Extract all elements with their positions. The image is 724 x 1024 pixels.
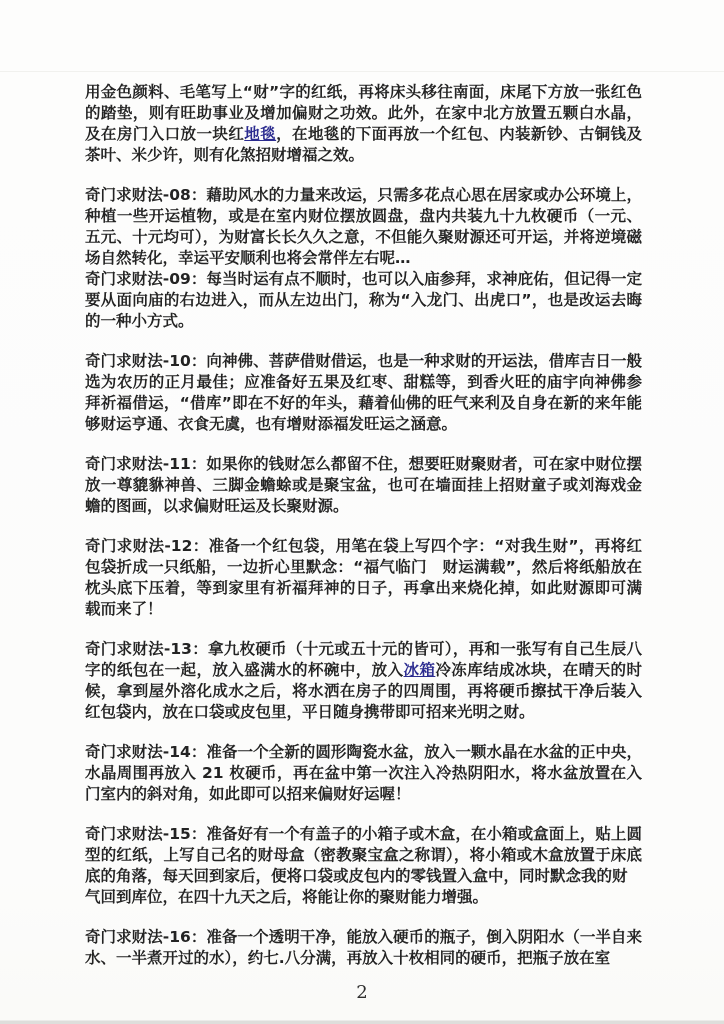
text-segment: 奇门求财法-09：每当时运有点不顺时，也可以入庙参拜，求神庇佑，但记得一定要从面… <box>85 270 642 330</box>
paragraph-method-14: 奇门求财法-14：准备一个全新的圆形陶瓷水盆，放入一颗水晶在水盆的正中央，水晶周… <box>85 742 642 805</box>
inline-link[interactable]: 冰箱 <box>404 661 436 679</box>
text-segment: 奇门求财法-14：准备一个全新的圆形陶瓷水盆，放入一颗水晶在水盆的正中央，水晶周… <box>85 743 642 803</box>
paragraph-method-09: 奇门求财法-09：每当时运有点不顺时，也可以入庙参拜，求神庇佑，但记得一定要从面… <box>85 269 642 332</box>
paragraph-intro-continued: 用金色颜料、毛笔写上“财”字的红纸，再将床头移往南面，床尾下方放一张红色的踏垫，… <box>85 82 642 166</box>
scan-edge <box>0 1020 724 1024</box>
inline-link[interactable]: 地毯 <box>244 125 276 143</box>
text-segment: 奇门求财法-10：向神佛、菩萨借财借运，也是一种求财的开运法，借库吉日一般选为农… <box>85 352 642 433</box>
document-body: 用金色颜料、毛笔写上“财”字的红纸，再将床头移往南面，床尾下方放一张红色的踏垫，… <box>85 82 642 969</box>
text-segment: 奇门求财法-08：藉助风水的力量来改运，只需多花点心思在居家或办公环境上，种植一… <box>85 186 642 267</box>
paragraph-method-13: 奇门求财法-13：拿九枚硬币（十元或五十元的皆可），再和一张写有自己生辰八字的纸… <box>85 639 642 723</box>
text-segment: 奇门求财法-12：准备一个红包袋，用笔在袋上写四个字：“对我生财”，再将红包袋折… <box>85 537 642 618</box>
text-segment: 奇门求财法-15：准备好有一个有盖子的小箱子或木盒，在小箱或盒面上，贴上圆型的红… <box>85 825 642 906</box>
scan-artifact-line <box>0 71 724 72</box>
paragraph-method-08: 奇门求财法-08：藉助风水的力量来改运，只需多花点心思在居家或办公环境上，种植一… <box>85 185 642 269</box>
text-segment: 奇门求财法-11：如果你的钱财怎么都留不住，想要旺财聚财者，可在家中财位摆放一尊… <box>85 455 642 515</box>
paragraph-method-10: 奇门求财法-10：向神佛、菩萨借财借运，也是一种求财的开运法，借库吉日一般选为农… <box>85 351 642 435</box>
text-segment: 奇门求财法-16：准备一个透明干净，能放入硬币的瓶子，倒入阴阳水（一半自来水、一… <box>85 928 642 967</box>
paragraph-method-15: 奇门求财法-15：准备好有一个有盖子的小箱子或木盒，在小箱或盒面上，贴上圆型的红… <box>85 824 642 908</box>
paragraph-method-11: 奇门求财法-11：如果你的钱财怎么都留不住，想要旺财聚财者，可在家中财位摆放一尊… <box>85 454 642 517</box>
page-number: 2 <box>0 982 724 1003</box>
document-page: 用金色颜料、毛笔写上“财”字的红纸，再将床头移往南面，床尾下方放一张红色的踏垫，… <box>0 0 724 1024</box>
paragraph-method-12: 奇门求财法-12：准备一个红包袋，用笔在袋上写四个字：“对我生财”，再将红包袋折… <box>85 536 642 620</box>
paragraph-method-16: 奇门求财法-16：准备一个透明干净，能放入硬币的瓶子，倒入阴阳水（一半自来水、一… <box>85 927 642 969</box>
